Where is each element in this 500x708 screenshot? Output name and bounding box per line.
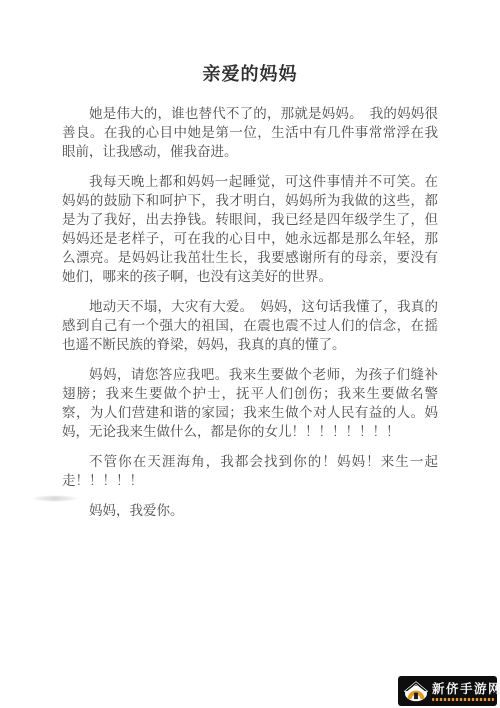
page-title: 亲爱的妈妈 [0,60,500,86]
house-icon [403,680,429,702]
essay-body: 她是伟大的，谁也替代不了的，那就是妈妈。 我的妈妈很善良。在我的心目中她是第一位… [62,104,438,531]
essay-paragraph: 我每天晚上都和妈妈一起睡觉，可这件事情并不可笑。在妈妈的鼓励下和呵护下，我才明白… [62,172,438,286]
essay-paragraph: 她是伟大的，谁也替代不了的，那就是妈妈。 我的妈妈很善良。在我的心目中她是第一位… [62,104,438,161]
essay-paragraph: 不管你在天涯海角，我都会找到你的！妈妈！来生一起走！！！！！ [62,452,438,490]
site-watermark: 新侪手游网 [398,676,497,706]
essay-paragraph: 地动天不塌，大灾有大爱。 妈妈，这句话我懂了，我真的感到自己有一个强大的祖国，在… [62,297,438,354]
watermark-site-name: 新侪手游网 [432,682,500,696]
essay-paragraph: 妈妈，我爱你。 [62,501,438,520]
document-page: 亲爱的妈妈 她是伟大的，谁也替代不了的，那就是妈妈。 我的妈妈很善良。在我的心目… [0,0,500,708]
essay-paragraph: 妈妈，请您答应我吧。我来生要做个老师，为孩子们缝补翅膀；我来生要做个护士，抚平人… [62,365,438,441]
scan-smudge [33,496,77,501]
watermark-text-column: 新侪手游网 [432,682,500,701]
watermark-tagline-strip [432,698,494,701]
